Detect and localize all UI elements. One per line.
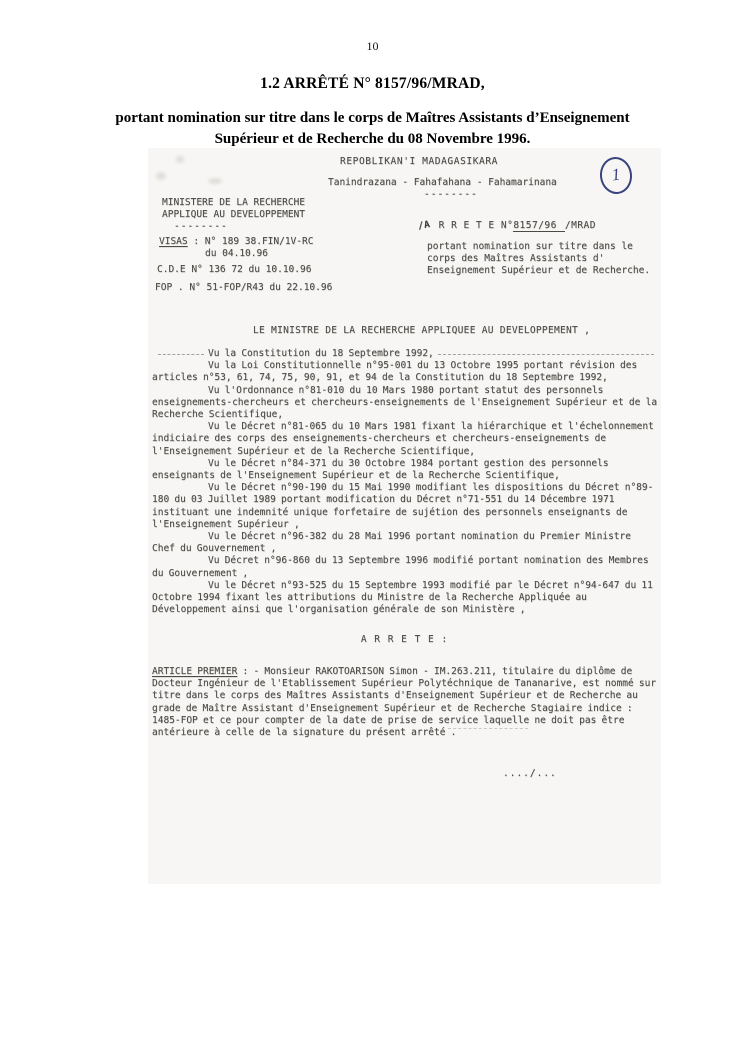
article-premier-label: ARTICLE PREMIER (152, 666, 237, 677)
document-page: 10 1.2 ARRÊTÉ N° 8157/96/MRAD, portant n… (0, 0, 745, 1053)
visas-date: du 04.10.96 (205, 248, 268, 260)
ministry-name-line2: APPLIQUE AU DEVELOPPEMENT (162, 209, 305, 221)
scan-smudge (176, 156, 184, 163)
scan-smudge (208, 178, 222, 184)
visa-paragraph: Vu le Décret n°90-190 du 15 Mai 1990 mod… (152, 482, 659, 531)
visa-paragraph: Vu la Loi Constitutionnelle n°95-001 du … (152, 360, 659, 384)
visas-label: VISAS (159, 236, 188, 247)
article-premier: ARTICLE PREMIER : - Monsieur RAKOTOARISO… (152, 666, 661, 739)
arrete-heading: A R R E T E : (148, 634, 661, 646)
national-motto: Tanindrazana - Fahafahana - Fahamarinana (328, 177, 557, 189)
arrete-no-label: N° (501, 220, 513, 231)
visas-line: VISAS : N° 189 38.FIN/1V-RC (159, 236, 313, 248)
arrete-suffix: /MRAD (565, 220, 596, 231)
handwritten-page-number: 1 (611, 169, 621, 182)
ministry-name-line1: MINISTERE DE LA RECHERCHE (162, 197, 305, 209)
page-number: 10 (0, 39, 745, 54)
arrete-number: 8157/96 (513, 220, 565, 232)
visa-paragraph: Vu Décret n°96-860 du 13 Septembre 1996 … (152, 555, 659, 579)
arrete-number-line: /A R R E T E N°8157/96/MRAD (418, 220, 596, 232)
visa-paragraphs: Vu la Constitution du 18 Septembre 1992,… (152, 348, 659, 616)
arrete-object-line2: corps des Maîtres Assistants d' (427, 253, 604, 265)
handwritten-page-mark: 1 (598, 155, 634, 196)
handwritten-letter-a: /A (417, 219, 431, 233)
visas-value: : N° 189 38.FIN/1V-RC (188, 236, 314, 247)
visa-paragraph: Vu le Décret n°96-382 du 28 Mai 1996 por… (152, 531, 659, 555)
visa-paragraph: Vu l'Ordonnance n°81-010 du 10 Mars 1980… (152, 385, 659, 422)
arrete-object-line3: Enseignement Supérieur et de Recherche. (427, 265, 650, 277)
fop-reference: FOP . N° 51-FOP/R43 du 22.10.96 (155, 282, 332, 294)
ministry-divider: -------- (174, 221, 228, 233)
motto-divider: -------- (424, 189, 478, 201)
arrete-object-line1: portant nomination sur titre dans le (427, 241, 633, 253)
visa-paragraph: Vu le Décret n°84-371 du 30 Octobre 1984… (152, 458, 659, 482)
scan-smudge (156, 172, 166, 180)
section-subtitle: portant nomination sur titre dans le cor… (60, 108, 685, 150)
section-subtitle-line1: portant nomination sur titre dans le cor… (115, 110, 629, 126)
visa-paragraph: Vu le Décret n°81-065 du 10 Mars 1981 fi… (152, 421, 659, 458)
minister-heading: LE MINISTRE DE LA RECHERCHE APPLIQUEE AU… (253, 325, 590, 337)
visa-paragraph: Vu le Décret n°93-525 du 15 Septembre 19… (152, 580, 659, 617)
cde-reference: C.D.E N° 136 72 du 10.10.96 (157, 264, 311, 276)
continuation-mark: ..../... (503, 768, 557, 780)
visa-paragraph: Vu la Constitution du 18 Septembre 1992, (152, 348, 659, 360)
scanned-decree-image: REPOBLIKAN'I MADAGASIKARA Tanindrazana -… (148, 148, 661, 884)
section-subtitle-line2: Supérieur et de Recherche du 08 Novembre… (215, 131, 531, 147)
republic-title: REPOBLIKAN'I MADAGASIKARA (340, 156, 498, 168)
arrete-word: R R E T E (432, 220, 500, 231)
section-title: 1.2 ARRÊTÉ N° 8157/96/MRAD, (0, 75, 745, 93)
